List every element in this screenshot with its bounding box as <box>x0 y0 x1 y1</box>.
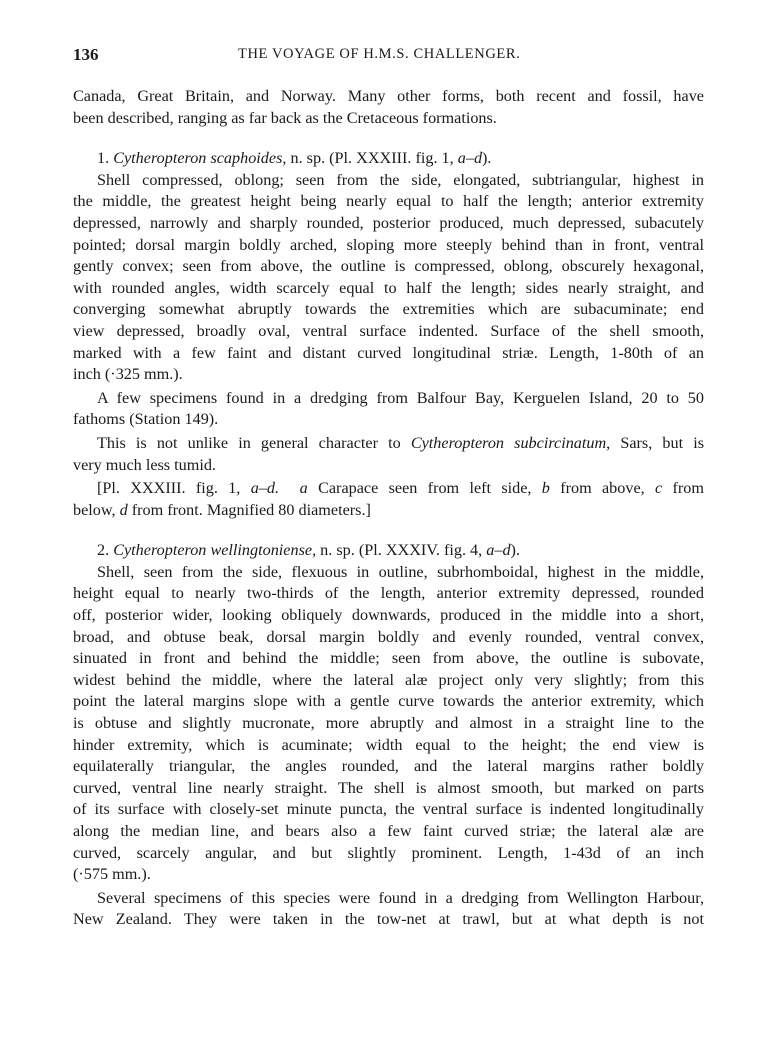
figure-label: d <box>120 501 128 519</box>
text-line: Shell compressed, oblong; seen from the … <box>73 170 704 192</box>
text-line: A few specimens found in a dredging from… <box>73 388 704 410</box>
species-heading: 2. Cytheropteron wellingtoniense, n. sp.… <box>73 540 704 562</box>
page-number: 136 <box>73 45 99 65</box>
body-text: Canada, Great Britain, and Norway. Many … <box>73 86 704 931</box>
text-line: with rounded angles, width scarcely equa… <box>73 278 704 300</box>
text-line: inch (·325 mm.). <box>73 364 704 386</box>
figure-range: a–d <box>486 541 510 559</box>
text-line: view depressed, broadly oval, ventral su… <box>73 321 704 343</box>
figure-caption: from above, <box>550 479 655 497</box>
text-line: curved, ventral line nearly straight. Th… <box>73 778 704 800</box>
text-line: along the median line, and bears also a … <box>73 821 704 843</box>
figure-caption: from <box>662 479 704 497</box>
text-line: broad, and obtuse beak, dorsal margin bo… <box>73 627 704 649</box>
figure-range: a–d. <box>251 479 279 497</box>
species-heading-end: ). <box>482 149 491 167</box>
figure-label: b <box>542 479 550 497</box>
species-number: 1. <box>97 149 109 167</box>
text-line: is obtuse and slightly mucronate, more a… <box>73 713 704 735</box>
figure-caption: Carapace seen from left side, <box>308 479 542 497</box>
text-line: converging somewhat abruptly towards the… <box>73 299 704 321</box>
species-1-plate-note: [Pl. XXXIII. fig. 1, a–d. a Carapace see… <box>73 478 704 521</box>
text-line: below, d from front. Magnified 80 diamet… <box>73 500 704 522</box>
text-line: marked with a few faint and distant curv… <box>73 343 704 365</box>
text-line: hinder extremity, which is acuminate; wi… <box>73 735 704 757</box>
text-line: been described, ranging as far back as t… <box>73 108 704 130</box>
text-line: the middle, the greatest height being ne… <box>73 191 704 213</box>
text-line: sinuated in front and behind the middle;… <box>73 648 704 670</box>
text-line: gently convex; seen from above, the outl… <box>73 256 704 278</box>
species-1-section: 1. Cytheropteron scaphoides, n. sp. (Pl.… <box>73 148 704 521</box>
text-line: fathoms (Station 149). <box>73 409 704 431</box>
species-2-locality: Several specimens of this species were f… <box>73 888 704 931</box>
text-line: Canada, Great Britain, and Norway. Many … <box>73 86 704 108</box>
comparison-text: , Sars, but is <box>606 434 704 452</box>
species-1-locality: A few specimens found in a dredging from… <box>73 388 704 431</box>
species-2-section: 2. Cytheropteron wellingtoniense, n. sp.… <box>73 540 704 931</box>
text-line: off, posterior wider, looking obliquely … <box>73 605 704 627</box>
species-name: Cytheropteron wellingtoniense <box>113 541 312 559</box>
text-line: Several specimens of this species were f… <box>73 888 704 910</box>
species-heading-end: ). <box>511 541 520 559</box>
text-line: very much less tumid. <box>73 455 704 477</box>
text-line: height equal to nearly two-thirds of the… <box>73 583 704 605</box>
text-line: pointed; dorsal margin boldly arched, sl… <box>73 235 704 257</box>
figure-caption: below, <box>73 501 120 519</box>
text-line: (·575 mm.). <box>73 864 704 886</box>
species-1-comparison: This is not unlike in general character … <box>73 433 704 476</box>
species-2-description: Shell, seen from the side, flexuous in o… <box>73 562 704 886</box>
text-line: [Pl. XXXIII. fig. 1, a–d. a Carapace see… <box>73 478 704 500</box>
plate-ref: [Pl. XXXIII. fig. 1, <box>97 479 251 497</box>
text-line: Shell, seen from the side, flexuous in o… <box>73 562 704 584</box>
text-line: New Zealand. They were taken in the tow-… <box>73 909 704 931</box>
species-name: Cytheropteron scaphoides <box>113 149 282 167</box>
text-line: equilaterally triangular, the angles rou… <box>73 756 704 778</box>
text-line: point the lateral margins slope with a g… <box>73 691 704 713</box>
intro-paragraph: Canada, Great Britain, and Norway. Many … <box>73 86 704 129</box>
species-1-description: Shell compressed, oblong; seen from the … <box>73 170 704 386</box>
species-heading-text: , n. sp. (Pl. XXXIV. fig. 4, <box>312 541 486 559</box>
text-line: widest behind the middle, where the late… <box>73 670 704 692</box>
compared-species-name: Cytheropteron subcircinatum <box>411 434 606 452</box>
species-heading-text: , n. sp. (Pl. XXXIII. fig. 1, <box>282 149 457 167</box>
comparison-text: This is not unlike in general character … <box>97 434 411 452</box>
text-line: This is not unlike in general character … <box>73 433 704 455</box>
figure-caption: from front. Magnified 80 diameters.] <box>128 501 371 519</box>
species-number: 2. <box>97 541 109 559</box>
text-line: curved, scarcely angular, and but slight… <box>73 843 704 865</box>
figure-label: a <box>300 479 308 497</box>
species-heading: 1. Cytheropteron scaphoides, n. sp. (Pl.… <box>73 148 704 170</box>
running-head: THE VOYAGE OF H.M.S. CHALLENGER. <box>238 46 520 63</box>
page-header: 136 THE VOYAGE OF H.M.S. CHALLENGER. <box>73 45 703 67</box>
text-line: of its surface with closely-set minute p… <box>73 799 704 821</box>
text-line: depressed, narrowly and sharply rounded,… <box>73 213 704 235</box>
figure-range: a–d <box>458 149 482 167</box>
document-page: 136 THE VOYAGE OF H.M.S. CHALLENGER. Can… <box>0 0 776 1050</box>
